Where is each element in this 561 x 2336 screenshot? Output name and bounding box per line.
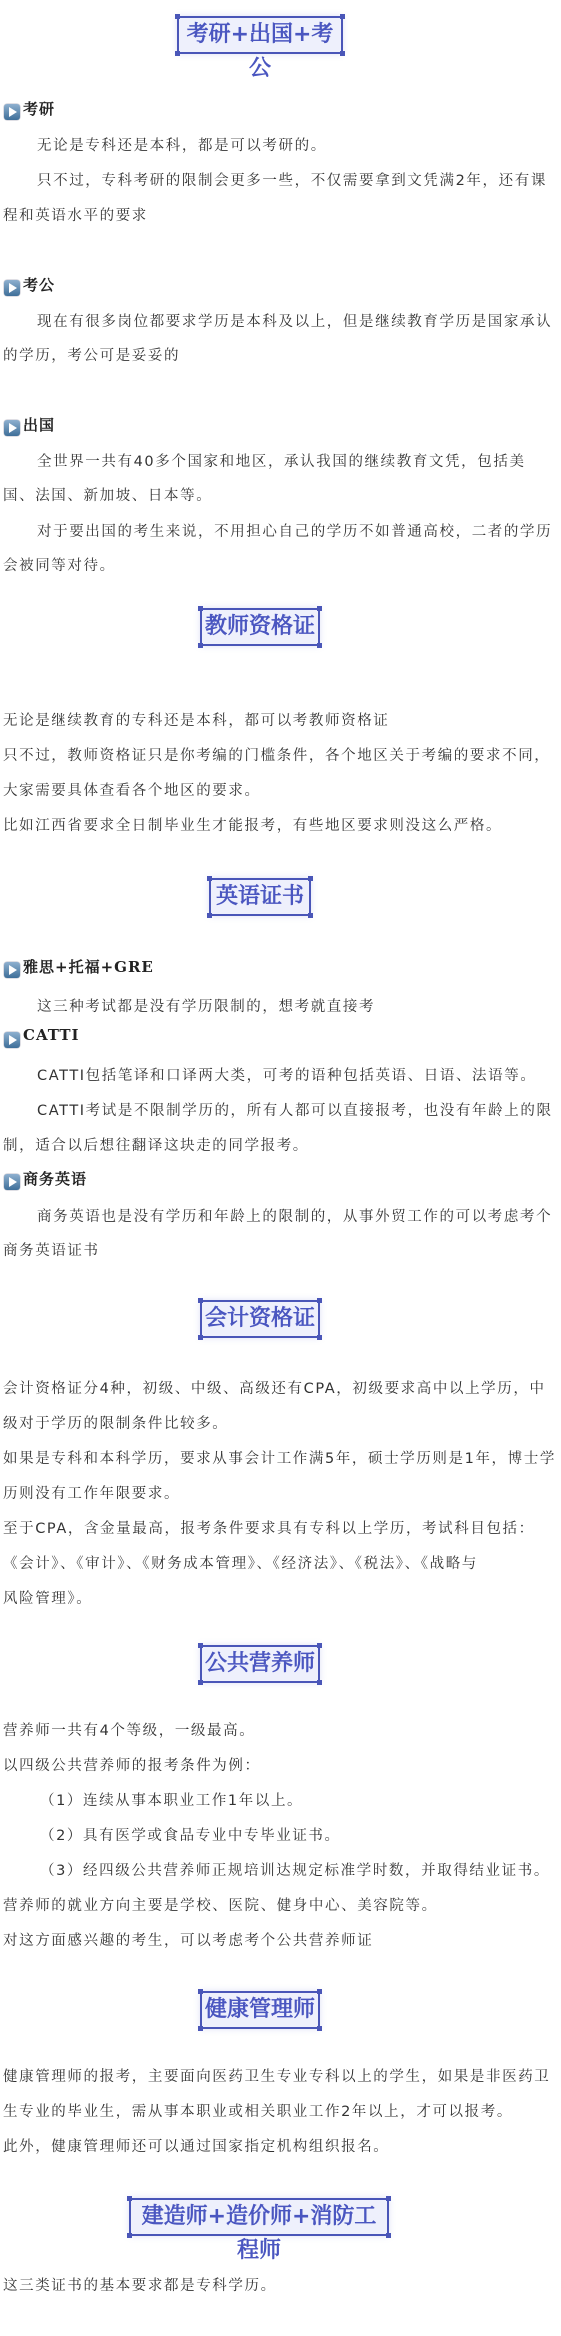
section-heading-public-nutritionist: 公共营养师: [200, 1645, 320, 1683]
paragraph: 对于要出国的考生来说，不用担心自己的学历不如普通高校，二者的学历: [37, 520, 552, 541]
paragraph: 对这方面感兴趣的考生，可以考虑考个公共营养师证: [3, 1929, 373, 1950]
paragraph: 的学历，考公可是妥妥的: [3, 344, 180, 365]
heading-text: 健康管理师: [205, 1997, 315, 2022]
heading-text: 考研+出国+考公: [187, 22, 334, 81]
section-heading-teacher-certificate: 教师资格证: [200, 608, 320, 646]
paragraph: 会被同等对待。: [3, 554, 116, 575]
paragraph: 无论是继续教育的专科还是本科，都可以考教师资格证: [3, 709, 389, 730]
section-heading-kaoyan-chuguo-kaogong: 考研+出国+考公: [177, 16, 343, 54]
paragraph: 会计资格证分4种，初级、中级、高级还有CPA，初级要求高中以上学历，中: [3, 1377, 546, 1398]
paragraph: 营养师一共有4个等级，一级最高。: [3, 1719, 255, 1740]
paragraph: CATTI包括笔译和口译两大类，可考的语种包括英语、日语、法语等。: [37, 1064, 536, 1085]
paragraph: 只不过，教师资格证只是你考编的门槛条件，各个地区关于考编的要求不同，: [3, 744, 550, 765]
paragraph: 制，适合以后想往翻译这块走的同学报考。: [3, 1134, 309, 1155]
play-icon: [4, 1174, 20, 1190]
paragraph: 比如江西省要求全日制毕业生才能报考，有些地区要求则没这么严格。: [3, 814, 502, 835]
paragraph: CATTI考试是不限制学历的，所有人都可以直接报考，也没有年龄上的限: [37, 1099, 553, 1120]
paragraph: 这三类证书的基本要求都是专科学历。: [3, 2274, 277, 2295]
paragraph: 现在有很多岗位都要求学历是本科及以上，但是继续教育学历是国家承认: [37, 310, 552, 331]
section-heading-english-certificate: 英语证书: [209, 878, 311, 916]
condition-item: （3）经四级公共营养师正规培训达规定标准学时数，并取得结业证书。: [40, 1859, 550, 1880]
paragraph: 《会计》、《审计》、《财务成本管理》、《经济法》、《税法》、《战略与: [3, 1552, 478, 1573]
section-heading-accounting-certificate: 会计资格证: [200, 1300, 320, 1338]
heading-text: 会计资格证: [205, 1306, 315, 1331]
paragraph: 生专业的毕业生，需从事本职业或相关职业工作2年以上，才可以报考。: [3, 2100, 513, 2121]
paragraph: 以四级公共营养师的报考条件为例：: [3, 1754, 261, 1775]
section-heading-health-manager: 健康管理师: [200, 1991, 320, 2029]
paragraph: 商务英语证书: [3, 1239, 100, 1260]
paragraph: 国、法国、新加坡、日本等。: [3, 484, 212, 505]
paragraph: 至于CPA，含金量最高，报考条件要求具有专科以上学历，考试科目包括：: [3, 1517, 535, 1538]
heading-text: 公共营养师: [205, 1651, 315, 1676]
heading-text: 建造师+造价师+消防工程师: [142, 2204, 377, 2263]
paragraph: 全世界一共有40多个国家和地区，承认我国的继续教育文凭，包括美: [37, 450, 526, 471]
play-icon: [4, 104, 20, 120]
heading-text: 教师资格证: [205, 614, 315, 639]
paragraph: 风险管理》。: [3, 1587, 92, 1608]
condition-item: （2）具有医学或食品专业中专毕业证书。: [40, 1824, 341, 1845]
play-icon: [4, 420, 20, 436]
play-icon: [4, 962, 20, 978]
paragraph: 历则没有工作年限要求。: [3, 1482, 180, 1503]
condition-item: （1）连续从事本职业工作1年以上。: [40, 1789, 303, 1810]
paragraph: 如果是专科和本科学历，要求从事会计工作满5年，硕士学历则是1年，博士学: [3, 1447, 556, 1468]
paragraph: 商务英语也是没有学历和年龄上的限制的，从事外贸工作的可以考虑考个: [37, 1205, 552, 1226]
paragraph: 级对于学历的限制条件比较多。: [3, 1412, 228, 1433]
paragraph: 营养师的就业方向主要是学校、医院、健身中心、美容院等。: [3, 1894, 438, 1915]
section-heading-constructor-cost-fire-engineer: 建造师+造价师+消防工程师: [129, 2198, 389, 2236]
heading-text: 英语证书: [216, 884, 304, 909]
paragraph: 大家需要具体查看各个地区的要求。: [3, 779, 261, 800]
paragraph: 此外，健康管理师还可以通过国家指定机构组织报名。: [3, 2135, 389, 2156]
paragraph: 程和英语水平的要求: [3, 204, 148, 225]
paragraph: 只不过，专科考研的限制会更多一些，不仅需要拿到文凭满2年，还有课: [37, 169, 547, 190]
play-icon: [4, 1032, 20, 1048]
paragraph: 无论是专科还是本科，都是可以考研的。: [37, 134, 327, 155]
paragraph: 健康管理师的报考，主要面向医药卫生专业专科以上的学生，如果是非医药卫: [3, 2065, 550, 2086]
play-icon: [4, 280, 20, 296]
paragraph: 这三种考试都是没有学历限制的，想考就直接考: [37, 995, 375, 1016]
